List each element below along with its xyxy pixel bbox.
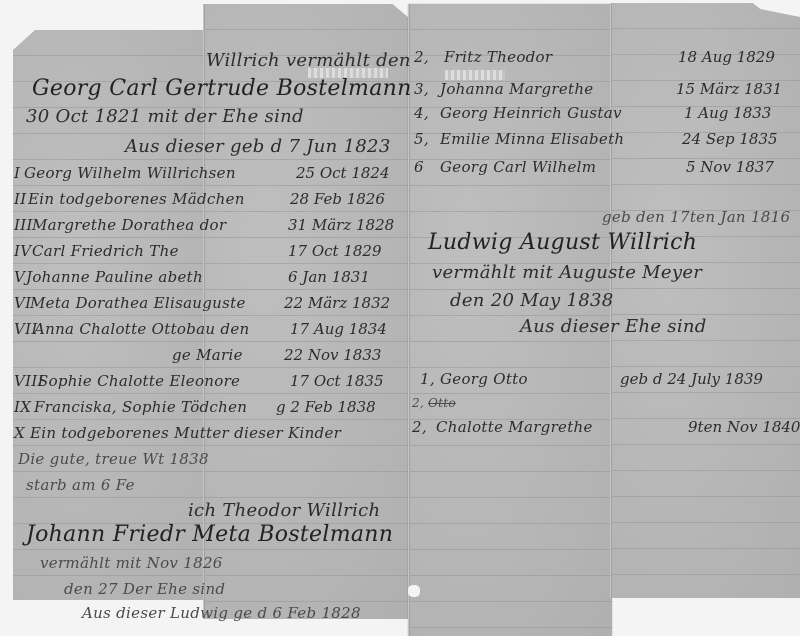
couple-name: Johann Friedr Meta Bostelmann xyxy=(26,522,393,547)
child-date: 17 Oct 1835 xyxy=(290,372,384,390)
child-date: geb d 24 July 1839 xyxy=(620,370,763,388)
child-name: Georg Wilhelm Willrichsen xyxy=(24,164,236,182)
couple-name: Georg Carl Gertrude Bostelmann xyxy=(32,76,412,101)
child-date: 31 März 1828 xyxy=(288,216,394,234)
child-name: Fritz Theodor xyxy=(444,48,552,66)
child-name: ge Marie xyxy=(172,346,243,364)
child-name: Johanna Margrethe xyxy=(440,80,593,98)
child-date: 22 Nov 1833 xyxy=(284,346,381,364)
child-name: Franciska, Sophie Tödchen xyxy=(34,398,247,416)
children-intro: Aus dieser Ludwig ge d 6 Feb 1828 xyxy=(82,604,361,622)
birth-note: geb den 17ten Jan 1816 xyxy=(602,208,790,226)
child-name-struck: Otto xyxy=(428,396,456,410)
death-note: starb am 6 Fe xyxy=(26,476,135,494)
section-name: ich Theodor Willrich xyxy=(188,500,380,521)
child-name: Sophie Chalotte Eleonore xyxy=(38,372,240,390)
death-note: Die gute, treue Wt 1838 xyxy=(18,450,209,468)
child-date: 24 Sep 1835 xyxy=(682,130,778,148)
child-name: Ein todgeborenes Mädchen xyxy=(28,190,245,208)
header-line: Willrich vermählt den xyxy=(206,50,411,71)
child-name: Margrethe Dorathea dor xyxy=(32,216,226,234)
child-date: 28 Feb 1826 xyxy=(290,190,385,208)
child-name: Emilie Minna Elisabeth xyxy=(440,130,624,148)
marriage-date: den 20 May 1838 xyxy=(450,290,613,311)
child-date: 6 Jan 1831 xyxy=(288,268,370,286)
child-name: Chalotte Margrethe xyxy=(436,418,593,436)
child-name: Ein todgeborenes Mutter dieser Kinder xyxy=(30,424,341,442)
child-name: Georg Heinrich Gustav xyxy=(440,104,622,122)
person-name: Ludwig August Willrich xyxy=(428,230,697,255)
child-name: Carl Friedrich The xyxy=(32,242,179,260)
children-intro: Aus dieser Ehe sind xyxy=(520,316,707,337)
marriage-line: den 27 Der Ehe sind xyxy=(64,580,225,598)
marriage-line: vermählt mit Nov 1826 xyxy=(40,554,223,572)
child-name: Georg Otto xyxy=(440,370,528,388)
child-name: Johanne Pauline abeth xyxy=(26,268,203,286)
child-date: 22 März 1832 xyxy=(284,294,390,312)
child-date: 5 Nov 1837 xyxy=(686,158,774,176)
children-intro: Aus dieser geb d 7 Jun 1823 xyxy=(125,136,391,157)
paper-tear xyxy=(408,585,420,597)
child-date: 9ten Nov 1840 xyxy=(688,418,800,436)
emboss-stamp xyxy=(445,70,505,80)
child-date: 1 Aug 1833 xyxy=(684,104,771,122)
child-date: 25 Oct 1824 xyxy=(296,164,390,182)
child-name: Meta Dorathea Elisauguste xyxy=(30,294,246,312)
child-date: 15 März 1831 xyxy=(676,80,782,98)
marriage-line: vermählt mit Auguste Meyer xyxy=(432,262,702,283)
child-date: 17 Oct 1829 xyxy=(288,242,382,260)
child-name: Anna Chalotte Ottobau den xyxy=(34,320,249,338)
marriage-line: 30 Oct 1821 mit der Ehe sind xyxy=(26,106,304,127)
child-date: 18 Aug 1829 xyxy=(678,48,775,66)
child-name: Georg Carl Wilhelm xyxy=(440,158,596,176)
child-date: g 2 Feb 1838 xyxy=(276,398,376,416)
child-date: 17 Aug 1834 xyxy=(290,320,387,338)
